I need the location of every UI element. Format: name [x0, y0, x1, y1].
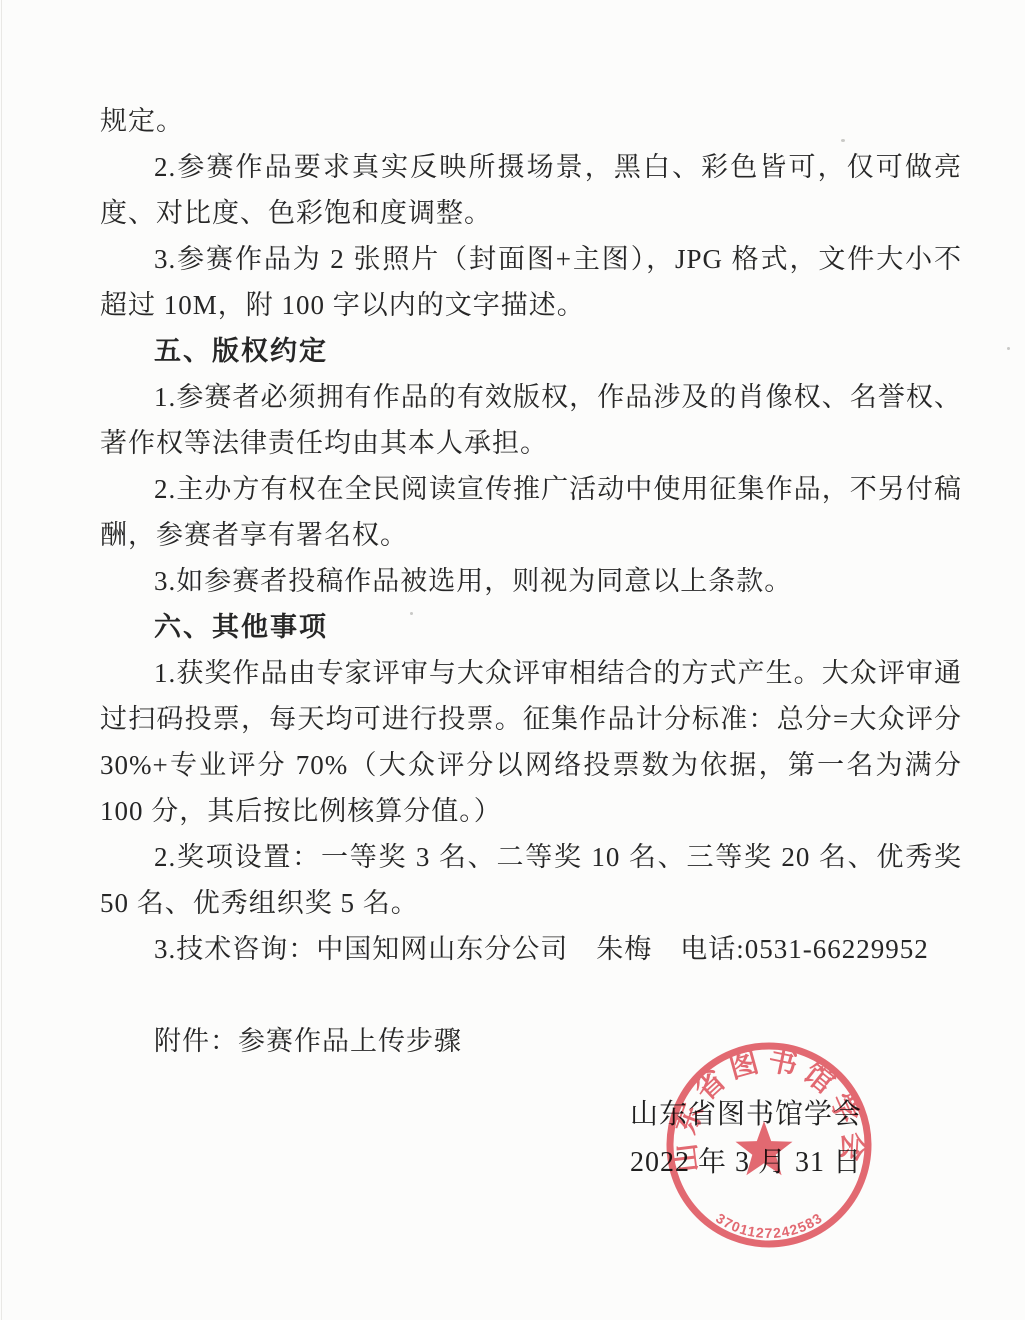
- paragraph-rule-2: 2.参赛作品要求真实反映所摄场景，黑白、彩色皆可，仅可做亮度、对比度、色彩饱和度…: [100, 144, 962, 236]
- scan-artifact-edge-line: [1, 0, 2, 1320]
- scan-artifact-speck: [1007, 347, 1010, 350]
- scanned-document-page: 规定。 2.参赛作品要求真实反映所摄场景，黑白、彩色皆可，仅可做亮度、对比度、色…: [0, 0, 1025, 1320]
- paragraph-other-2: 2.奖项设置：一等奖 3 名、二等奖 10 名、三等奖 20 名、优秀奖 50 …: [100, 834, 962, 926]
- seal-star-icon: [736, 1121, 793, 1175]
- paragraph-other-3: 3.技术咨询：中国知网山东分公司 朱梅 电话:0531-66229952: [100, 926, 962, 972]
- paragraph-copyright-2: 2.主办方有权在全民阅读宣传推广活动中使用征集作品，不另付稿酬，参赛者享有署名权…: [100, 466, 962, 558]
- paragraph-other-1: 1.获奖作品由专家评审与大众评审相结合的方式产生。大众评审通过扫码投票，每天均可…: [100, 650, 962, 834]
- document-body: 规定。 2.参赛作品要求真实反映所摄场景，黑白、彩色皆可，仅可做亮度、对比度、色…: [100, 98, 962, 1064]
- paragraph-continuation: 规定。: [100, 98, 962, 144]
- section-heading-copyright: 五、版权约定: [100, 328, 962, 374]
- section-heading-other: 六、其他事项: [100, 604, 962, 650]
- official-seal: 山东省图书馆学会 3701127242583: [663, 1039, 875, 1251]
- paragraph-copyright-1: 1.参赛者必须拥有作品的有效版权，作品涉及的肖像权、名誉权、著作权等法律责任均由…: [100, 374, 962, 466]
- paragraph-copyright-3: 3.如参赛者投稿作品被选用，则视为同意以上条款。: [100, 558, 962, 604]
- paragraph-rule-3: 3.参赛作品为 2 张照片（封面图+主图），JPG 格式，文件大小不超过 10M…: [100, 236, 962, 328]
